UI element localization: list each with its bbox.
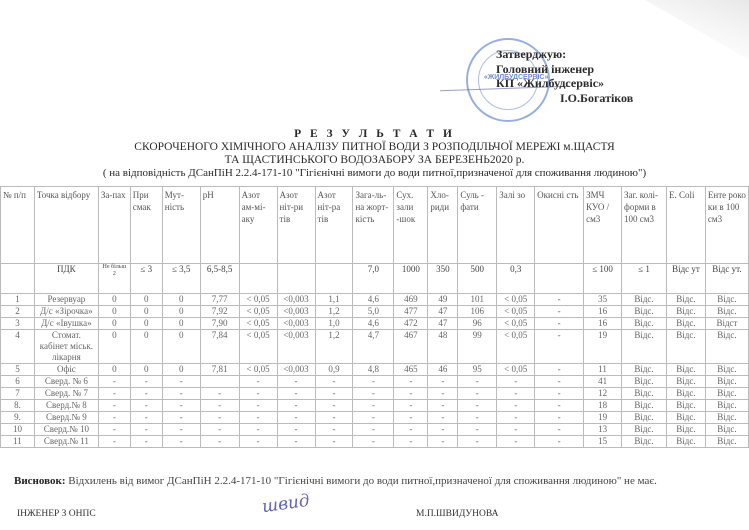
column-header: ЗМЧ КУО / см3 [584, 187, 622, 264]
pdk-cell: 1000 [394, 264, 428, 294]
approval-name: І.О.Богатіков [496, 91, 633, 106]
table-cell: - [98, 388, 130, 400]
pdk-cell: Відс ут [666, 264, 705, 294]
sample-point-cell: Сверд. № 6 [34, 376, 98, 388]
table-cell: 8. [1, 400, 35, 412]
table-cell: - [535, 376, 584, 388]
table-cell: 47 [428, 306, 458, 318]
pdk-cell: 350 [428, 264, 458, 294]
table-cell: - [98, 400, 130, 412]
table-cell: - [200, 388, 239, 400]
table-cell: 4,6 [353, 318, 394, 330]
table-cell: - [277, 388, 315, 400]
table-cell: Відс. [622, 400, 667, 412]
table-cell: - [394, 400, 428, 412]
table-cell: 15 [584, 436, 622, 448]
table-cell: - [130, 424, 162, 436]
table-header-row: № п/пТочка відборуЗа-пахПри смакМут-ніст… [1, 187, 749, 264]
column-header: E. Coli [666, 187, 705, 264]
table-cell: 0 [98, 318, 130, 330]
table-cell: - [535, 424, 584, 436]
table-cell: 477 [394, 306, 428, 318]
table-cell: 465 [394, 364, 428, 376]
table-cell: - [497, 424, 535, 436]
title-results: Р Е З У Л Ь Т А Т И [0, 128, 749, 141]
table-cell: < 0,05 [239, 364, 277, 376]
table-cell: - [162, 400, 200, 412]
table-cell: 7,84 [200, 330, 239, 364]
table-cell: 10 [1, 424, 35, 436]
column-header: pH [200, 187, 239, 264]
sample-point-cell: Сверд.№ 10 [34, 424, 98, 436]
table-cell: <0,003 [277, 330, 315, 364]
sample-point-cell: Д/с «Зірочка» [34, 306, 98, 318]
table-row: 10Сверд.№ 10-------------13Відс.Відс.Від… [1, 424, 749, 436]
table-cell: - [239, 412, 277, 424]
table-row: 5Офіс0007,81< 0,05<0,0030,94,84654695< 0… [1, 364, 749, 376]
table-cell: < 0,05 [239, 330, 277, 364]
table-cell: - [353, 412, 394, 424]
column-header: Точка відбору [34, 187, 98, 264]
table-cell: - [497, 376, 535, 388]
table-cell: Відс. [666, 364, 705, 376]
column-header: Азот ніт-ра тів [315, 187, 353, 264]
pdk-cell: ≤ 3,5 [162, 264, 200, 294]
sample-point-cell: Сверд. № 7 [34, 388, 98, 400]
table-cell: 101 [458, 294, 497, 306]
column-header: Сух. зали -шок [394, 187, 428, 264]
table-cell: Відс. [622, 364, 667, 376]
table-cell: - [239, 424, 277, 436]
table-cell: 0 [98, 364, 130, 376]
table-cell: 47 [428, 318, 458, 330]
column-header: За-пах [98, 187, 130, 264]
table-row: 1Резервуар0007,77< 0,05<0,0031,14,646949… [1, 294, 749, 306]
table-cell: - [353, 388, 394, 400]
table-cell: - [315, 436, 353, 448]
table-cell: 49 [428, 294, 458, 306]
table-cell: - [497, 400, 535, 412]
table-cell: - [162, 436, 200, 448]
pdk-cell [277, 264, 315, 294]
table-cell: - [535, 306, 584, 318]
table-cell: 4 [1, 330, 35, 364]
table-cell: 469 [394, 294, 428, 306]
table-cell: - [239, 376, 277, 388]
column-header: Енте роко ки в 100 см3 [705, 187, 748, 264]
table-cell: 0 [162, 306, 200, 318]
column-header: № п/п [1, 187, 35, 264]
table-cell: - [277, 424, 315, 436]
table-cell: 7,92 [200, 306, 239, 318]
table-cell: - [200, 412, 239, 424]
pdk-cell: 500 [458, 264, 497, 294]
table-cell: - [277, 400, 315, 412]
table-cell: - [130, 412, 162, 424]
conclusion: Висновок: Відхилень від вимог ДСанПіН 2.… [14, 475, 657, 487]
pdk-cell: Не більш 2 [98, 264, 130, 294]
table-cell: 1,2 [315, 306, 353, 318]
table-cell: - [353, 436, 394, 448]
column-header: Заг. колі-форми в 100 см3 [622, 187, 667, 264]
table-cell: Відс. [622, 306, 667, 318]
table-cell: - [98, 436, 130, 448]
table-cell: - [394, 436, 428, 448]
column-header: Азот ам-мі-аку [239, 187, 277, 264]
table-cell: - [535, 436, 584, 448]
table-cell: - [535, 364, 584, 376]
table-cell: 7 [1, 388, 35, 400]
table-cell: 18 [584, 400, 622, 412]
table-cell: - [497, 388, 535, 400]
table-cell: 7,90 [200, 318, 239, 330]
table-cell: - [353, 424, 394, 436]
table-cell: 0 [162, 318, 200, 330]
column-header: Хло-риди [428, 187, 458, 264]
table-cell: - [394, 388, 428, 400]
table-cell: 0 [130, 306, 162, 318]
table-cell: - [239, 436, 277, 448]
title-line-4: ( на відповідність ДСанПіН 2.2.4-171-10 … [0, 167, 749, 180]
table-cell: < 0,05 [239, 318, 277, 330]
table-cell: Відс. [705, 306, 748, 318]
sample-point-cell: Резервуар [34, 294, 98, 306]
table-cell: - [428, 424, 458, 436]
table-cell: Відс. [666, 412, 705, 424]
table-cell: 467 [394, 330, 428, 364]
table-cell: - [535, 294, 584, 306]
table-cell: Відс. [666, 424, 705, 436]
sample-point-cell: Стомат. кабінет міськ. лікарня [34, 330, 98, 364]
table-cell: Відс. [666, 376, 705, 388]
table-cell: - [239, 388, 277, 400]
table-cell: Відст [705, 318, 748, 330]
table-row: 8.Сверд.№ 8-------------18Відс.Відс.Відс… [1, 400, 749, 412]
table-cell: - [130, 400, 162, 412]
table-cell: 35 [584, 294, 622, 306]
table-cell: Відс. [666, 318, 705, 330]
results-table: № п/пТочка відборуЗа-пахПри смакМут-ніст… [0, 186, 749, 448]
table-cell: 0 [130, 330, 162, 364]
table-cell: - [535, 318, 584, 330]
table-cell: < 0,05 [497, 364, 535, 376]
table-cell: 0 [98, 306, 130, 318]
table-cell: <0,003 [277, 294, 315, 306]
column-header: Окисні сть [535, 187, 584, 264]
table-cell: 9. [1, 412, 35, 424]
approval-line-3: КП «Жилбудсервіс» [496, 76, 633, 91]
table-cell: - [98, 376, 130, 388]
pdk-cell: 6,5-8,5 [200, 264, 239, 294]
table-cell: 6 [1, 376, 35, 388]
table-cell: - [497, 412, 535, 424]
table-cell: 19 [584, 330, 622, 364]
table-cell: Відс. [705, 388, 748, 400]
table-cell: 0 [162, 364, 200, 376]
approval-block: Затверджую: Головний інженер КП «Жилбудс… [496, 47, 633, 105]
table-cell: - [162, 376, 200, 388]
table-cell: 1 [1, 294, 35, 306]
table-cell: - [458, 388, 497, 400]
column-header: При смак [130, 187, 162, 264]
table-row: 11Сверд.№ 11-------------15Відс.Відс.Від… [1, 436, 749, 448]
table-cell: 16 [584, 306, 622, 318]
table-cell: - [200, 436, 239, 448]
pdk-cell [315, 264, 353, 294]
table-cell: Відс. [622, 330, 667, 364]
sample-point-cell: Сверд.№ 11 [34, 436, 98, 448]
table-cell: - [428, 400, 458, 412]
table-cell: 1,2 [315, 330, 353, 364]
pdk-cell: ≤ 3 [130, 264, 162, 294]
pdk-cell [239, 264, 277, 294]
table-cell: - [277, 412, 315, 424]
sample-point-cell: Сверд.№ 9 [34, 412, 98, 424]
table-cell: 0 [130, 294, 162, 306]
table-cell: - [200, 400, 239, 412]
table-cell: - [130, 436, 162, 448]
table-cell: Відс. [622, 376, 667, 388]
table-cell: - [315, 400, 353, 412]
pdk-row: ПДКНе більш 2≤ 3≤ 3,56,5-8,57,0100035050… [1, 264, 749, 294]
table-cell: 0 [162, 294, 200, 306]
table-cell: - [458, 436, 497, 448]
table-cell: < 0,05 [497, 294, 535, 306]
table-cell: Відс. [622, 424, 667, 436]
title-line-3: ТА ЩАСТИНСЬКОГО ВОДОЗАБОРУ ЗА БЕРЕЗЕНЬ20… [0, 154, 749, 167]
table-cell: 11 [1, 436, 35, 448]
conclusion-text: Відхилень від вимог ДСанПіН 2.2.4-171-10… [66, 475, 657, 487]
table-cell: 3 [1, 318, 35, 330]
table-cell: - [497, 436, 535, 448]
table-cell: Відс. [622, 388, 667, 400]
table-cell: Відс. [666, 294, 705, 306]
sample-point-cell: Сверд.№ 8 [34, 400, 98, 412]
column-header: Мут-ність [162, 187, 200, 264]
table-cell: Відс. [705, 364, 748, 376]
table-cell: 472 [394, 318, 428, 330]
table-cell: 96 [458, 318, 497, 330]
table-cell: - [458, 376, 497, 388]
table-cell: 16 [584, 318, 622, 330]
table-cell: Відс. [666, 330, 705, 364]
table-cell: 0,9 [315, 364, 353, 376]
sample-point-cell: Офіс [34, 364, 98, 376]
table-cell: - [458, 412, 497, 424]
pdk-cell: ≤ 100 [584, 264, 622, 294]
table-cell: Відс. [666, 436, 705, 448]
table-cell: - [394, 424, 428, 436]
table-cell: 1,1 [315, 294, 353, 306]
table-cell: 0 [130, 364, 162, 376]
table-cell [200, 376, 239, 388]
column-header: Азот ніт-ри тів [277, 187, 315, 264]
table-cell: - [353, 400, 394, 412]
table-cell: Відс. [622, 318, 667, 330]
footer-name: М.П.ШВИДУНОВА [416, 509, 498, 519]
table-row: 3Д/с «Івушка»0007,90< 0,05<0,0031,04,647… [1, 318, 749, 330]
table-cell: - [162, 412, 200, 424]
table-cell: < 0,05 [239, 294, 277, 306]
column-header: Зага-ль-на жорт-кість [353, 187, 394, 264]
table-cell: - [458, 400, 497, 412]
table-cell: - [315, 388, 353, 400]
pdk-cell: 0,3 [497, 264, 535, 294]
table-row: 2Д/с «Зірочка»0007,92< 0,05<0,0031,25,04… [1, 306, 749, 318]
table-cell: Відс. [705, 424, 748, 436]
table-cell: Відс. [705, 400, 748, 412]
table-cell: < 0,05 [497, 318, 535, 330]
pdk-cell: ≤ 1 [622, 264, 667, 294]
table-cell: Відс. [705, 412, 748, 424]
table-cell: Відс. [705, 376, 748, 388]
table-cell: 7,81 [200, 364, 239, 376]
table-cell: 5,0 [353, 306, 394, 318]
table-cell: - [315, 424, 353, 436]
table-cell: - [162, 424, 200, 436]
table-cell: 5 [1, 364, 35, 376]
footer-signature: швид [261, 491, 311, 517]
table-cell: < 0,05 [497, 306, 535, 318]
table-cell: - [130, 388, 162, 400]
table-cell: < 0,05 [239, 306, 277, 318]
table-cell: 2 [1, 306, 35, 318]
table-cell: 13 [584, 424, 622, 436]
pdk-cell [535, 264, 584, 294]
column-header: Залі зо [497, 187, 535, 264]
table-cell: - [535, 400, 584, 412]
table-cell: - [428, 436, 458, 448]
table-cell: - [428, 412, 458, 424]
table-cell: 12 [584, 388, 622, 400]
table-cell: - [458, 424, 497, 436]
table-cell: - [535, 388, 584, 400]
table-cell: - [98, 412, 130, 424]
table-row: 4Стомат. кабінет міськ. лікарня0007,84< … [1, 330, 749, 364]
pdk-cell: Відс ут. [705, 264, 748, 294]
table-cell: 0 [162, 330, 200, 364]
table-cell: Відс. [666, 400, 705, 412]
table-cell: Відс. [622, 436, 667, 448]
table-cell: <0,003 [277, 306, 315, 318]
table-cell: - [535, 330, 584, 364]
table-cell: Відс. [705, 330, 748, 364]
table-cell: - [535, 412, 584, 424]
footer-position: ІНЖЕНЕР З ОНПС [17, 509, 96, 519]
table-cell: - [315, 376, 353, 388]
table-cell: Відс. [622, 294, 667, 306]
table-cell: 4,8 [353, 364, 394, 376]
table-cell: 4,7 [353, 330, 394, 364]
table-cell: 99 [458, 330, 497, 364]
pdk-cell: 7,0 [353, 264, 394, 294]
table-cell: 106 [458, 306, 497, 318]
table-row: 6Сверд. № 6------------41Відс.Відс.Відс. [1, 376, 749, 388]
table-cell: 0 [130, 318, 162, 330]
table-cell: 48 [428, 330, 458, 364]
table-cell: 19 [584, 412, 622, 424]
table-cell: <0,003 [277, 364, 315, 376]
pdk-cell: ПДК [34, 264, 98, 294]
table-cell: <0,003 [277, 318, 315, 330]
table-cell: - [394, 376, 428, 388]
table-cell: 4,6 [353, 294, 394, 306]
table-row: 7Сверд. № 7-------------12Відс.Відс.Відс… [1, 388, 749, 400]
table-cell: 0 [98, 330, 130, 364]
table-cell: - [277, 436, 315, 448]
table-cell: 11 [584, 364, 622, 376]
column-header: Суль - фати [458, 187, 497, 264]
approval-line-1: Затверджую: [496, 47, 633, 62]
page-curl-shadow [619, 0, 749, 60]
table-cell: 1,0 [315, 318, 353, 330]
table-cell: - [239, 400, 277, 412]
document-title: Р Е З У Л Ь Т А Т И СКОРОЧЕНОГО ХІМІЧНОГ… [0, 128, 749, 180]
table-cell: - [428, 376, 458, 388]
table-row: 9.Сверд.№ 9-------------19Відс.Відс.Відс… [1, 412, 749, 424]
sample-point-cell: Д/с «Івушка» [34, 318, 98, 330]
table-cell: 7,77 [200, 294, 239, 306]
approval-line-2: Головний інженер [496, 62, 633, 77]
table-cell: 95 [458, 364, 497, 376]
table-cell: - [315, 412, 353, 424]
table-cell: - [130, 376, 162, 388]
conclusion-label: Висновок: [14, 475, 66, 487]
table-cell: - [98, 424, 130, 436]
table-cell: 46 [428, 364, 458, 376]
table-cell: - [162, 388, 200, 400]
table-cell: 0 [98, 294, 130, 306]
pdk-cell [1, 264, 35, 294]
table-cell: Відс. [705, 436, 748, 448]
table-cell: Відс. [666, 388, 705, 400]
table-cell: - [353, 376, 394, 388]
table-cell: - [200, 424, 239, 436]
table-cell: 41 [584, 376, 622, 388]
table-cell: Відс. [705, 294, 748, 306]
title-line-2: СКОРОЧЕНОГО ХІМІЧНОГО АНАЛІЗУ ПИТНОЇ ВОД… [0, 141, 749, 154]
table-cell: < 0,05 [497, 330, 535, 364]
table-cell: Відс. [666, 306, 705, 318]
table-cell: - [394, 412, 428, 424]
table-cell: - [277, 376, 315, 388]
table-cell: - [428, 388, 458, 400]
table-cell: Відс. [622, 412, 667, 424]
